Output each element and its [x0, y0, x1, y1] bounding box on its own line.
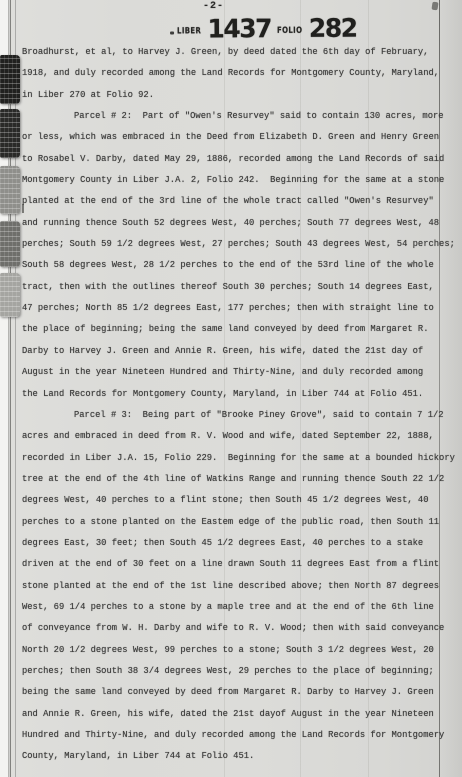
document-line: and Annie R. Green, his wife, dated the … [22, 704, 462, 725]
document-line: being the same land conveyed by deed fro… [22, 682, 462, 703]
document-line: and running thence South 52 degrees West… [22, 213, 462, 234]
margin-stamp-artifact [0, 273, 20, 317]
document-line: perches; South 59 1/2 degrees West, 27 p… [22, 234, 462, 255]
document-line: Hundred and Thirty-Nine, and duly record… [22, 725, 462, 746]
document-line: perches; then South 38 3/4 degrees West,… [22, 661, 462, 682]
document-line: the Land Records for Montgomery County, … [22, 384, 462, 405]
liber-label: LIBER [177, 26, 201, 36]
margin-stamp-artifact [0, 109, 20, 158]
folio-number: 282 [309, 17, 357, 40]
document-line: or less, which was embraced in the Deed … [22, 127, 462, 148]
document-line: perches to a stone planted on the Eastem… [22, 512, 462, 533]
document-line: West, 69 1/4 perches to a stone by a map… [22, 597, 462, 618]
ink-smudge [431, 2, 438, 11]
document-line: 1918, and duly recorded among the Land R… [22, 63, 462, 84]
document-line: driven at the end of 30 feet on a line d… [22, 554, 462, 575]
document-line: recorded in Liber J.A. 15, Folio 229. Be… [22, 448, 462, 469]
document-line: degrees West, 40 perches to a flint ston… [22, 490, 462, 511]
document-line: stone planted at the end of the 1st line… [22, 576, 462, 597]
document-line: planted at the end of the 3rd line of th… [22, 191, 462, 212]
document-line: tract, then with the outlines thereof So… [22, 277, 462, 298]
document-line: South 58 degrees West, 28 1/2 perches to… [22, 255, 462, 276]
document-line: Montgomery County in Liber J.A. 2, Folio… [22, 170, 462, 191]
document-line: August in the year Nineteen Hundred and … [22, 362, 462, 383]
liber-folio-stamp: LIBER 1437 FOLIO 282 [170, 8, 357, 41]
document-line: County, Maryland, in Liber 744 at Folio … [22, 746, 462, 767]
document-line: to Rosabel V. Darby, dated May 29, 1886,… [22, 149, 462, 170]
margin-stamp-artifact [0, 55, 20, 104]
document-line: North 20 1/2 degrees West, 99 perches to… [22, 640, 462, 661]
deed-text-block: Broadhurst, et al, to Harvey J. Green, b… [22, 42, 462, 768]
document-line: 47 perches; North 85 1/2 degrees East, 1… [22, 298, 462, 319]
document-line: Broadhurst, et al, to Harvey J. Green, b… [22, 42, 462, 63]
document-line: in Liber 270 at Folio 92. [22, 85, 462, 106]
document-line: degrees East, 30 feet; then South 45 1/2… [22, 533, 462, 554]
document-line: Darby to Harvey J. Green and Annie R. Gr… [22, 341, 462, 362]
liber-number: 1437 [207, 17, 271, 40]
document-line: the place of beginning; being the same l… [22, 319, 462, 340]
stamp-dot-mark [170, 31, 174, 34]
document-line: tree at the end of the 4th line of Watki… [22, 469, 462, 490]
document-line: of conveyance from W. H. Darby and wife … [22, 618, 462, 639]
margin-stamp-artifact [0, 166, 20, 214]
scanned-deed-page: -2- LIBER 1437 FOLIO 282 Broadhurst, et … [0, 0, 462, 777]
document-line: Parcel # 3: Being part of "Brooke Piney … [22, 405, 462, 426]
document-line: Parcel # 2: Part of "Owen's Resurvey" sa… [22, 106, 462, 127]
document-line: acres and embraced in deed from R. V. Wo… [22, 426, 462, 447]
folio-label: FOLIO [277, 26, 302, 36]
margin-stamp-artifact [0, 221, 20, 267]
